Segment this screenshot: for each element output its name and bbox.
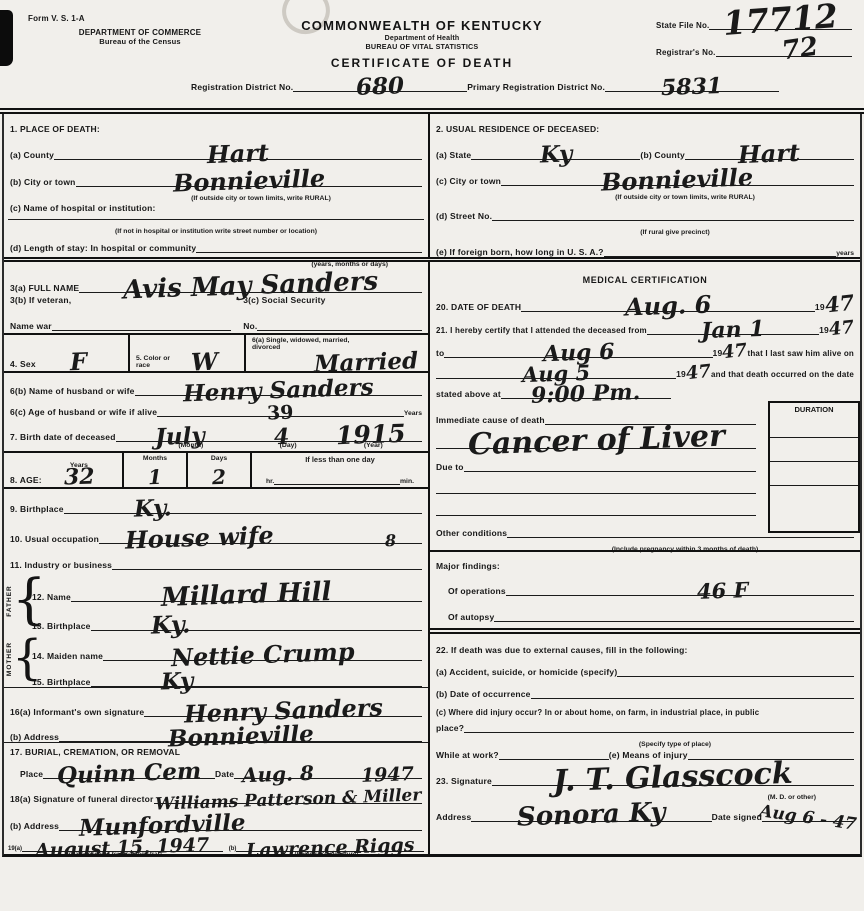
ssn-line [257,330,422,331]
autopsy-line [494,621,854,622]
pod-hospital-note: (If not in hospital or institution write… [115,228,317,235]
registrar-no-line: 72 [716,40,852,57]
alive-date-row: Aug 5 19 47 and that death occurred on t… [430,358,860,379]
occupation-label: 10. Usual occupation [10,534,99,544]
age-days-label: Days [211,455,227,462]
marital-label-1: 6(a) Single, widowed, married, [252,337,349,344]
external-b-label: (b) Date of occurrence [436,689,531,699]
physician-address-value: Sonora Ky [517,803,666,828]
res-street-note-row: (If rural give precinct) [430,221,860,233]
mother-birthplace-value: Ky [160,672,193,690]
age-years-value: 32 [63,468,94,486]
age-months-label: Months [143,455,167,462]
certify-to-row: to Aug 6 19 47 that I last saw him alive… [430,335,860,358]
age-hr-min-row: hr. min. [258,478,422,485]
burial-date-year: 1947 [361,767,414,783]
physician-address-row: Address Sonora Ky Date signed Aug 6 - 47 [430,796,860,822]
department-label: DEPARTMENT OF COMMERCE [20,28,260,37]
dod-year-prefix: 19 [815,302,825,312]
operations-line: 46 F [506,583,854,596]
burial-title: 17. BURIAL, CREMATION, OR REMOVAL [10,747,180,757]
age-label: 8. AGE: [10,475,42,485]
operations-value: 46 F [697,582,749,600]
ssn-line-row: No. [243,321,422,331]
findings-label: Major findings: [436,561,500,571]
spouse-line: Henry Sanders [135,382,422,396]
lower-sections: 3(a) FULL NAME Avis May Sanders 3(b) If … [4,262,860,857]
father-birthplace-line: Ky. [91,616,422,631]
duration-line-1 [770,414,858,438]
mother-block: MOTHER { 14. Maiden name Nettie Crump 15… [4,631,428,687]
father-name-line: Millard Hill [71,586,422,603]
external-b-row: (b) Date of occurrence [430,677,860,699]
bureau-census-label: Bureau of the Census [20,37,260,46]
registration-district-row: Registration District No. 680 Primary Re… [185,78,785,92]
race-label-block: 5. Color or race [136,355,170,369]
work-means-row: While at work? (e) Means of injury [430,744,860,760]
dept-health-label: Department of Health [232,35,612,42]
father-block: FATHER { 12. Name Millard Hill 13. Birth… [4,570,428,631]
alive-date-line: Aug 5 [436,366,676,379]
medical-title-row: MEDICAL CERTIFICATION [430,270,860,288]
primary-district-number: 5831 [661,78,723,97]
birthplace-row: 9. Birthplace Ky. [4,489,428,514]
pod-city-value: Bonnieville [172,169,325,192]
date-of-death-line: Aug. 6 [521,297,815,312]
reg-district-label: Registration District No. [191,82,293,92]
physician-address-label: Address [436,812,471,822]
birthplace-value: Ky. [133,499,171,518]
age-hr-label: hr. [266,478,274,485]
age-years-cell: 8. AGE: Years 32 [4,453,124,487]
section-divider [430,628,860,634]
race-label-1: 5. Color or [136,355,170,362]
occupation-mark: 8 [385,535,397,547]
duration-label: DURATION [770,403,858,414]
place-of-death-section: 1. PLACE OF DEATH: (a) County Hart (b) C… [4,114,430,257]
certify-from-label: 21. I hereby certify that I attended the… [436,326,647,335]
commonwealth-title: COMMONWEALTH OF KENTUCKY [232,18,612,33]
physician-address-line: Sonora Ky [471,806,711,823]
cause-block: Immediate cause of death Cancer of Liver… [430,405,860,516]
informant-signature-row: 16(a) Informant's own signature Henry Sa… [4,687,428,717]
sex-race-marital-row: 4. Sex F 5. Color or race W 6(a) Single,… [4,335,428,373]
certify-from-line: Jan 1 [647,322,819,336]
mother-brace: { [12,629,43,685]
occupation-row: 10. Usual occupation House wife 8 [4,514,428,544]
occurred-label: and that death occurred on the date [711,370,854,379]
physician-signature-label: 23. Signature [436,776,492,786]
occupation-line: House wife 8 [99,529,422,544]
age-hr-line [274,484,400,485]
res-city-label: (c) City or town [436,176,501,186]
reg-district-number: 680 [356,77,405,96]
informant-signature-value: Henry Sanders [183,699,382,724]
pod-stay-label: (d) Length of stay: In hospital or commu… [10,243,196,253]
informant-signature-label: 16(a) Informant's own signature [10,707,144,717]
form-number: Form V. S. 1-A [28,14,85,23]
res-state-value: Ky [539,145,572,163]
fullname-value: Avis May Sanders [123,272,379,300]
burial-date-line: Aug. 8 1947 [234,767,422,779]
work-label: While at work? [436,750,499,760]
funeral-director-line: Williams Patterson & Miller [154,794,423,804]
cause-value-row: Cancer of Liver [430,425,762,449]
death-certificate-scan: Form V. S. 1-A DEPARTMENT OF COMMERCE Bu… [0,0,864,911]
spouse-age-unit: Years [404,410,422,417]
autopsy-row: Of autopsy [430,596,860,622]
age-min-label: min. [400,478,414,485]
external-c-label-2: place? [436,723,464,733]
cause-value-line: Cancer of Liver [436,430,756,450]
funeral-address-label: (b) Address [10,821,59,831]
dod-year-value: 47 [824,295,855,314]
to-year-value: 47 [722,343,748,359]
stated-time-line: 9:00 Pm. [501,386,671,400]
res-title-row: 2. USUAL RESIDENCE OF DECEASED: [430,118,860,134]
veteran-line [52,330,231,331]
age-days-value: 2 [212,470,226,485]
state-file-row: State File No. 17712 [650,8,858,30]
res-state-label: (a) State [436,150,471,160]
burial-place-label: Place [20,769,43,779]
birth-month-line: July [116,428,244,442]
birthdate-label: 7. Birth date of deceased [10,432,116,442]
external-a-label: (a) Accident, suicide, or homicide (spec… [436,667,617,677]
burial-date-value: Aug. 8 [242,766,314,783]
res-foreign-line [604,256,837,257]
registrar-received-value: August 15, 1947 [35,838,210,857]
fullname-label: 3(a) FULL NAME [10,283,79,293]
funeral-director-label: 18(a) Signature of funeral director [10,794,154,804]
registrar-signature-row: (b) Lawrence Riggs [229,841,424,852]
funeral-address-line: Munfordville [59,817,422,831]
sex-cell: 4. Sex F [4,335,130,371]
pod-stay-line [196,252,422,253]
ssn-label-2: No. [243,321,257,331]
res-state-line: Ky [471,146,640,160]
birth-day-line: 4 [243,429,320,443]
pod-city-line: Bonnieville [76,172,422,187]
pod-hospital-label: (c) Name of hospital or institution: [10,203,156,213]
left-column: 3(a) FULL NAME Avis May Sanders 3(b) If … [4,262,430,857]
fullname-row: 3(a) FULL NAME Avis May Sanders [4,262,428,293]
date-signed-value: Aug 6 - 47 [759,806,858,832]
birthplace-line: Ky. [64,500,422,514]
funeral-address-value: Munfordville [79,814,246,837]
birthdate-row: 7. Birth date of deceased July 4 1915 [4,417,428,442]
title-block: COMMONWEALTH OF KENTUCKY Department of H… [232,18,612,70]
means-label: (e) Means of injury [609,750,688,760]
father-name-value: Millard Hill [161,583,332,608]
cause-label: Immediate cause of death [436,415,545,425]
sex-value: F [70,353,88,372]
registrar-signature-line: Lawrence Riggs [236,841,424,852]
operations-label: Of operations [448,586,506,596]
spouse-row: 6(b) Name of husband or wife Henry Sande… [4,373,428,396]
from-year-value: 47 [828,320,854,336]
registrar-no-row: Registrar's No. 72 [650,40,858,57]
findings-block: Major findings: [430,550,860,574]
other-conditions-note-row: (Include pregnancy within 3 months of de… [430,538,860,550]
external-c-label: (c) Where did injury occur? In or about … [436,708,759,717]
external-title-row: 22. If death was due to external causes,… [430,639,860,655]
pod-county-value: Hart [207,144,270,164]
registrar-signature-value: Lawrence Riggs [246,838,415,857]
age-months-cell: Months 1 [124,453,188,487]
physician-signature-value: J. T. Glasscock [553,762,793,793]
spouse-age-label: 6(c) Age of husband or wife if alive [10,407,157,417]
race-value: W [190,353,218,372]
due-to-line [464,471,756,472]
spouse-label: 6(b) Name of husband or wife [10,386,135,396]
state-file-number: 17712 [723,4,839,37]
physician-signature-row: 23. Signature J. T. Glasscock [430,760,860,786]
marital-label-block: 6(a) Single, widowed, married, divorced [252,337,349,351]
pod-title: 1. PLACE OF DEATH: [10,124,100,134]
mother-name-line: Nettie Crump [103,646,422,661]
mother-birthplace-line: Ky [91,673,422,687]
state-file-line: 17712 [709,8,852,30]
age-days-cell: Days 2 [188,453,252,487]
birth-month-value: July [154,427,204,446]
blank-line-2-row [430,494,762,516]
informant-signature-line: Henry Sanders [144,702,422,717]
alive-label: that I last saw him alive on [747,349,854,358]
external-c-row-1: (c) Where did injury occur? In or about … [430,699,860,717]
date-signed-line: Aug 6 - 47 [762,812,854,822]
veteran-label-2: Name war [10,321,52,331]
informant-address-value: Bonnieville [167,725,313,747]
pod-county-label: (a) County [10,150,54,160]
age-row: 8. AGE: Years 32 Months 1 Days 2 [4,451,428,489]
res-county-value: Hart [738,144,801,164]
primary-district-line: 5831 [605,79,779,93]
duration-line-2 [770,438,858,462]
res-street-label: (d) Street No. [436,211,492,221]
blank-line-2 [436,515,756,516]
birthdate-notes-spacer [10,442,130,451]
pod-title-row: 1. PLACE OF DEATH: [4,118,428,134]
informant-address-label: (b) Address [10,732,59,742]
occupation-value: House wife [125,526,274,549]
pod-county-line: Hart [54,145,422,160]
pod-hospital-note-row: (If not in hospital or institution write… [8,219,424,231]
bureau-vital-label: BUREAU OF VITAL STATISTICS [232,42,612,51]
physician-signature-line: J. T. Glasscock [492,767,854,787]
scan-edge-mark [0,10,13,66]
pod-city-label: (b) City or town [10,177,76,187]
state-file-label: State File No. [656,21,709,30]
primary-district-label: Primary Registration District No. [467,82,605,92]
age-years-block: Years 32 [42,462,116,486]
birth-day-value: 4 [274,428,290,445]
age-less-label: If less than one day [305,455,375,464]
spouse-age-value: 39 [267,405,294,420]
stated-time-value: 9:00 Pm. [531,384,641,404]
birthplace-label: 9. Birthplace [10,504,64,514]
veteran-line-row: Name war [10,321,231,331]
mother-name-value: Nettie Crump [171,643,355,667]
age-months-value: 1 [148,470,162,485]
res-title: 2. USUAL RESIDENCE OF DECEASED: [436,124,599,134]
sex-label: 4. Sex [10,359,36,369]
res-county-line: Hart [685,145,854,160]
external-a-row: (a) Accident, suicide, or homicide (spec… [430,655,860,677]
residence-section: 2. USUAL RESIDENCE OF DECEASED: (a) Stat… [430,114,860,257]
fullname-line: Avis May Sanders [79,277,422,294]
due-to-label: Due to [436,462,464,472]
res-county-label: (b) County [640,150,685,160]
res-street-row: (d) Street No. [430,198,860,221]
burial-place-value: Quinn Cem [57,762,202,784]
other-conditions-label: Other conditions [436,528,507,538]
external-title: 22. If death was due to external causes,… [436,645,688,655]
stated-time-row: stated above at 9:00 Pm. [430,379,860,399]
father-name-row: 12. Name Millard Hill [26,570,428,602]
cause-value: Cancer of Liver [467,425,725,456]
race-label-2: race [136,362,170,369]
date-of-death-value: Aug. 6 [625,296,712,317]
registrar-received-row: 19(a) August 15, 1947 [8,841,223,852]
date-signed-label: Date signed [712,812,762,822]
informant-address-line: Bonnieville [59,728,422,742]
blank-line-1 [436,493,756,494]
registrar-number: 72 [781,38,820,62]
alive-year-prefix: 19 [676,369,686,379]
marital-value: Married [314,352,419,373]
mother-name-row: 14. Maiden name Nettie Crump [26,631,428,661]
mother-name-label: 14. Maiden name [32,651,103,661]
age-less-cell: If less than one day hr. min. [252,453,428,487]
form-body: 1. PLACE OF DEATH: (a) County Hart (b) C… [2,114,862,857]
res-city-line: Bonnieville [501,171,854,186]
certify-from-value: Jan 1 [701,320,765,339]
spouse-age-line: 39 [157,406,404,417]
burial-place-row: Place Quinn Cem Date Aug. 8 1947 [4,757,428,779]
registrar-signature-block: (b) Lawrence Riggs (Registrar's signatur… [229,831,424,857]
from-year-prefix: 19 [819,325,829,335]
birth-year-value: 1915 [336,425,406,446]
res-foreign-unit: years [836,250,854,257]
blank-line-1-row [430,472,762,494]
operations-row: Of operations 46 F [430,574,860,596]
reg-district-line: 680 [293,78,467,92]
certificate-title: CERTIFICATE OF DEATH [232,56,612,70]
spouse-value: Henry Sanders [183,378,374,402]
burial-date-label: Date [215,769,234,779]
medical-title: MEDICAL CERTIFICATION [583,275,708,285]
date-of-death-row: 20. DATE OF DEATH Aug. 6 19 47 [430,292,860,312]
registrar-received-line: August 15, 1947 [22,841,223,852]
burial-place-line: Quinn Cem [43,765,215,779]
dept-commerce-block: DEPARTMENT OF COMMERCE Bureau of the Cen… [20,28,260,46]
res-state-county-row: (a) State Ky (b) County Hart [430,134,860,160]
right-column: MEDICAL CERTIFICATION 20. DATE OF DEATH … [430,262,860,857]
top-sections: 1. PLACE OF DEATH: (a) County Hart (b) C… [4,114,860,262]
res-street-note: (If rural give precinct) [640,229,710,236]
stated-label: stated above at [436,389,501,399]
race-cell: 5. Color or race W [130,335,246,371]
duration-line-4 [770,486,858,510]
certify-to-label: to [436,348,444,358]
res-foreign-row: (e) If foreign born, how long in U. S. A… [430,233,860,257]
external-c-row-2: place? [430,717,860,733]
res-city-value: Bonnieville [601,168,754,191]
res-foreign-label: (e) If foreign born, how long in U. S. A… [436,247,604,257]
father-brace: { [12,567,46,630]
marital-cell: 6(a) Single, widowed, married, divorced … [246,335,428,371]
duration-box: DURATION [768,401,860,533]
duration-line-3 [770,462,858,486]
alive-year-value: 47 [685,364,711,380]
autopsy-label: Of autopsy [448,612,494,622]
pod-county-row: (a) County Hart [4,134,428,160]
registrar-no-label: Registrar's No. [656,48,716,57]
date-of-death-label: 20. DATE OF DEATH [436,302,521,312]
certify-to-line: Aug 6 [444,345,712,359]
birth-year-line: 1915 [320,426,422,442]
external-c-note-row: (Specify type of place) [430,733,860,744]
